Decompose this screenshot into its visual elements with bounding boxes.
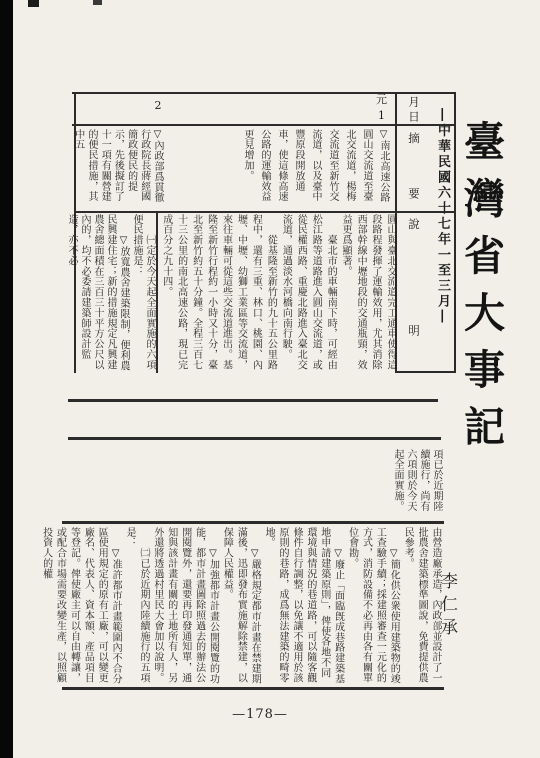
page-title: 臺灣省大事記 <box>454 120 508 480</box>
separator-rule-upper <box>68 399 438 402</box>
entry-2-explanation-part2: 由營造廠承造，內政部並設計了一批農舍建築標準圖說，免費提供農民參考。 ▽簡化供公… <box>66 527 442 687</box>
entry-1-date-month: 元 <box>376 93 387 106</box>
entry-1-summary: ▽南北高速公路圓山交流道至臺北交流道，楊梅交流道至新竹交流道，以及臺中豐原段開放… <box>239 129 392 210</box>
entry-1-explanation: 圓山與臺北交流道完工通車使得這段路程發揮了運輸效用，尤其消除西部幹線中壢地段的交… <box>158 214 397 372</box>
header-month-day: 月日 <box>402 96 426 125</box>
lower-row-divider <box>62 521 444 524</box>
scanned-document-page: 臺灣省大事記 ―中華民國六十七年一至三月― 李仁承 —178— 月日 摘要 說明… <box>0 0 540 758</box>
lower-bottom-border <box>62 687 444 690</box>
entry-1-date: 元 1 <box>374 93 389 122</box>
scan-gutter-shadow <box>0 0 13 758</box>
entry-2-summary: ▽內政部爲貫徹行政院長蔣經國簡政便民的提示，先後擬訂了十一項有關營建的便民措施，… <box>85 129 164 210</box>
entry-1-date-day: 1 <box>378 109 385 122</box>
separator-rule-lower-top <box>68 437 441 440</box>
page-number: —178— <box>215 707 305 722</box>
entry-2-summary-continued: 項已於近期陸續施行，尚有六項則於今天起全面實施。 <box>391 449 443 521</box>
entry-2-explanation-part1: ㈠定於今天起全面實施的六項便民措施是： ▽放寬農舍建築限制，便利農民興建住宅；新… <box>78 214 156 372</box>
scan-mark <box>28 0 39 7</box>
scan-mark <box>93 0 102 5</box>
entry-2-date: 2 <box>151 99 165 112</box>
